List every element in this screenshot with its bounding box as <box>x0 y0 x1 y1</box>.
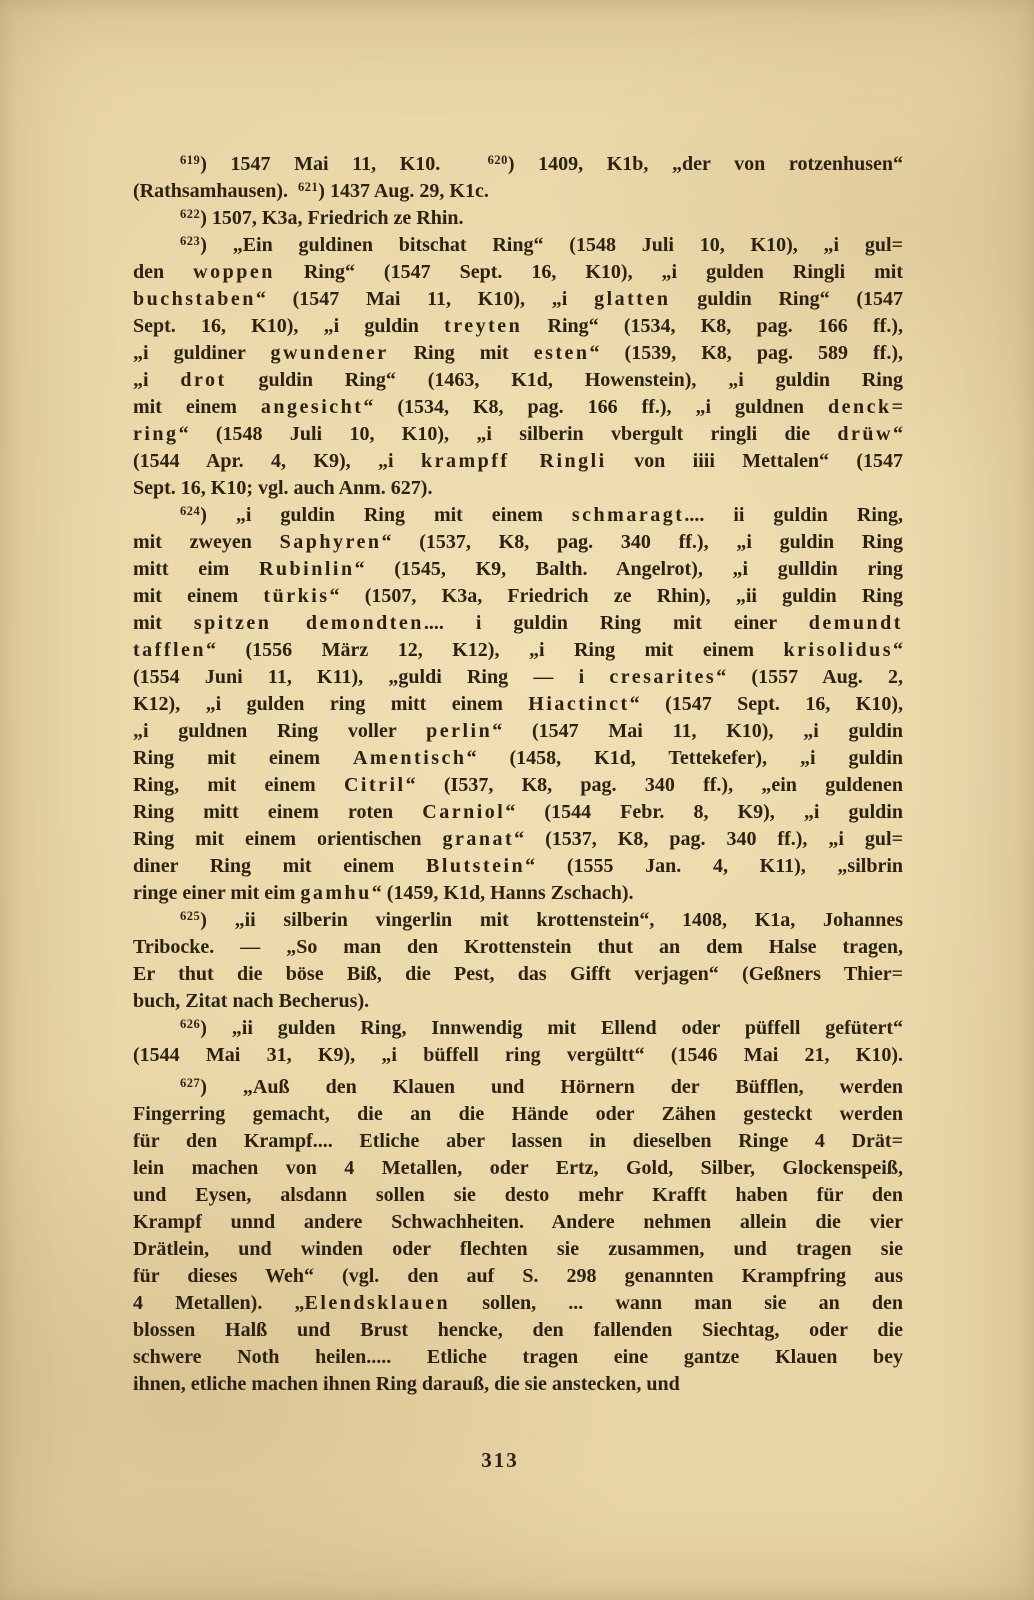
text-line: 622) 1507, K3a, Friedrich ze Rhin. <box>133 205 903 232</box>
text-line: den woppen Ring“ (1547 Sept. 16, K10), „… <box>133 259 903 286</box>
text-line: Fingerring gemacht, die an die Hände ode… <box>133 1101 903 1128</box>
text-line: ihnen, etliche machen ihnen Ring darauß,… <box>133 1371 903 1398</box>
text-line: Tribocke. — „So man den Krottenstein thu… <box>133 934 903 961</box>
text-line: Ring mitt einem roten Carniol“ (1544 Feb… <box>133 799 903 826</box>
text-block: 619) 1547 Mai 11, K10. 620) 1409, K1b, „… <box>133 151 903 1398</box>
text-line: Ring mit einem orientischen granat“ (153… <box>133 826 903 853</box>
text-line: ringe einer mit eim gamhu“ (1459, K1d, H… <box>133 880 903 907</box>
footnote-paragraph: 627) „Auß den Klauen und Hörnern der Büf… <box>133 1074 903 1398</box>
text-line: mit zweyen Saphyren“ (1537, K8, pag. 340… <box>133 529 903 556</box>
footnote-paragraph: 619) 1547 Mai 11, K10. 620) 1409, K1b, „… <box>133 151 903 205</box>
text-line: Er thut die böse Biß, die Pest, das Giff… <box>133 961 903 988</box>
text-line: 627) „Auß den Klauen und Hörnern der Büf… <box>133 1074 903 1101</box>
text-line: Ring, mit einem Citril“ (I537, K8, pag. … <box>133 772 903 799</box>
text-line: (Rathsamhausen). 621) 1437 Aug. 29, K1c. <box>133 178 903 205</box>
text-line: lein machen von 4 Metallen, oder Ertz, G… <box>133 1155 903 1182</box>
text-line: 625) „ii silberin vingerlin mit krottens… <box>133 907 903 934</box>
text-line: 4 Metallen). „Elendsklauen sollen, ... w… <box>133 1290 903 1317</box>
footnote-marker: 620 <box>488 153 508 167</box>
text-line: Sept. 16, K10; vgl. auch Anm. 627). <box>133 475 903 502</box>
text-line: 626) „ii gulden Ring, Innwendig mit Elle… <box>133 1015 903 1042</box>
text-line: für dieses Weh“ (vgl. den auf S. 298 gen… <box>133 1263 903 1290</box>
text-line: ring“ (1548 Juli 10, K10), „i silberin v… <box>133 421 903 448</box>
footnote-marker: 619 <box>180 153 200 167</box>
text-line: Krampf unnd andere Schwachheiten. Andere… <box>133 1209 903 1236</box>
text-line: 619) 1547 Mai 11, K10. 620) 1409, K1b, „… <box>133 151 903 178</box>
text-line: K12), „i gulden ring mitt einem Hiactinc… <box>133 691 903 718</box>
text-line: und Eysen, alsdann sollen sie desto mehr… <box>133 1182 903 1209</box>
footnote-marker: 626 <box>180 1017 200 1031</box>
footnote-paragraph: 626) „ii gulden Ring, Innwendig mit Elle… <box>133 1015 903 1069</box>
footnote-paragraph: 622) 1507, K3a, Friedrich ze Rhin. <box>133 205 903 232</box>
text-line: 624) „i guldin Ring mit einem schmaragt.… <box>133 502 903 529</box>
footnote-marker: 627 <box>180 1076 200 1090</box>
text-line: 623) „Ein guldinen bitschat Ring“ (1548 … <box>133 232 903 259</box>
text-line: buchstaben“ (1547 Mai 11, K10), „i glatt… <box>133 286 903 313</box>
text-line: Drätlein, und winden oder flechten sie z… <box>133 1236 903 1263</box>
text-line: (1544 Apr. 4, K9), „i krampff Ringli von… <box>133 448 903 475</box>
text-line: blossen Halß und Brust hencke, den falle… <box>133 1317 903 1344</box>
text-line: buch, Zitat nach Becherus). <box>133 988 903 1015</box>
footnote-marker: 621 <box>298 180 318 194</box>
footnote-marker: 622 <box>180 207 200 221</box>
text-line: mit einem angesicht“ (1534, K8, pag. 166… <box>133 394 903 421</box>
text-line: (1554 Juni 11, K11), „guldi Ring — i cre… <box>133 664 903 691</box>
footnote-paragraph: 625) „ii silberin vingerlin mit krottens… <box>133 907 903 1015</box>
text-line: mit spitzen demondten.... i guldin Ring … <box>133 610 903 637</box>
text-line: für den Krampf.... Etliche aber lassen i… <box>133 1128 903 1155</box>
footnote-marker: 625 <box>180 909 200 923</box>
page-number: 313 <box>0 1448 1000 1473</box>
footnote-marker: 624 <box>180 504 200 518</box>
footnote-paragraph: 623) „Ein guldinen bitschat Ring“ (1548 … <box>133 232 903 502</box>
footnote-marker: 623 <box>180 234 200 248</box>
text-line: tafflen“ (1556 März 12, K12), „i Ring mi… <box>133 637 903 664</box>
text-line: mitt eim Rubinlin“ (1545, K9, Balth. Ang… <box>133 556 903 583</box>
footnote-paragraph: 624) „i guldin Ring mit einem schmaragt.… <box>133 502 903 907</box>
text-line: mit einem türkis“ (1507, K3a, Friedrich … <box>133 583 903 610</box>
text-line: Sept. 16, K10), „i guldin treyten Ring“ … <box>133 313 903 340</box>
text-line: schwere Noth heilen..... Etliche tragen … <box>133 1344 903 1371</box>
text-line: „i drot guldin Ring“ (1463, K1d, Howenst… <box>133 367 903 394</box>
text-line: „i guldiner gwundener Ring mit esten“ (1… <box>133 340 903 367</box>
text-line: Ring mit einem Amentisch“ (1458, K1d, Te… <box>133 745 903 772</box>
text-line: diner Ring mit einem Blutstein“ (1555 Ja… <box>133 853 903 880</box>
text-line: „i guldnen Ring voller perlin“ (1547 Mai… <box>133 718 903 745</box>
book-page: 619) 1547 Mai 11, K10. 620) 1409, K1b, „… <box>0 0 1034 1600</box>
text-line: (1544 Mai 31, K9), „i büffell ring vergü… <box>133 1042 903 1069</box>
